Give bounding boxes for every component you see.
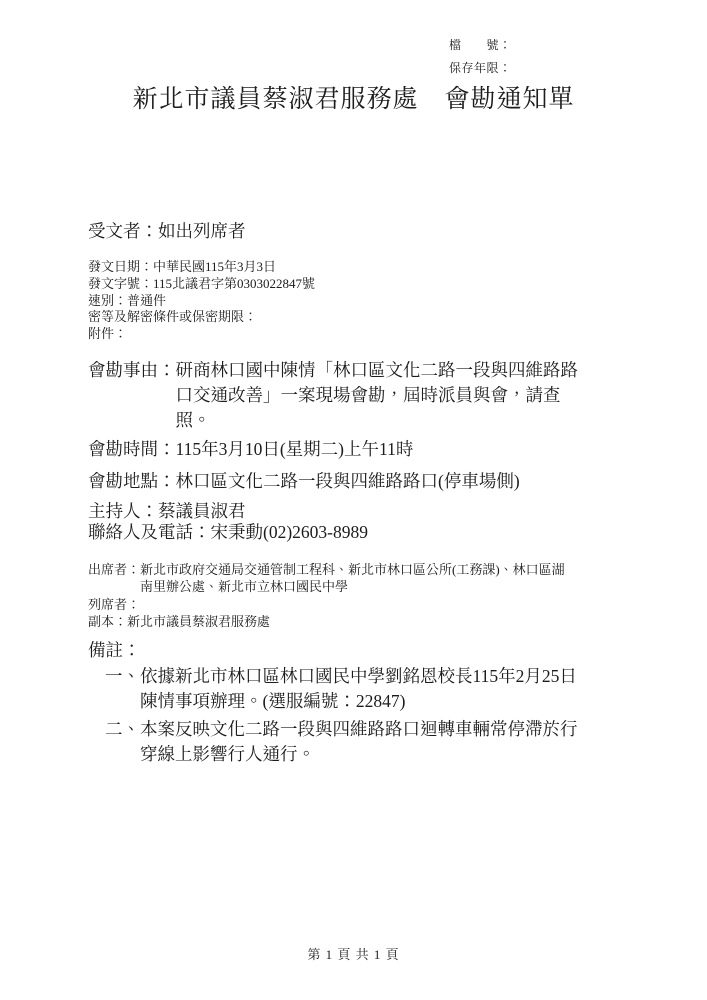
speed-value: 普通件 bbox=[127, 293, 166, 310]
contact-row: 聯絡人及電話： 宋秉動(02)2603-8989 bbox=[88, 522, 633, 543]
remark-item-2: 二、 本案反映文化二路一段與四維路路口迴轉車輛常停滯於行 穿線上影響行人通行。 bbox=[105, 717, 633, 767]
inspection-subject-text: 研商林口國中陳情「林口區文化二路一段與四維路路 口交通改善」一案現場會勘，屆時派… bbox=[176, 358, 579, 433]
contact-label: 聯絡人及電話： bbox=[88, 522, 211, 543]
remark-2-line-2: 穿線上影響行人通行。 bbox=[140, 742, 578, 767]
attachment-label: 附件： bbox=[88, 326, 127, 343]
observers-label: 列席者： bbox=[88, 596, 140, 614]
host-row: 主持人： 蔡議員淑君 bbox=[88, 501, 633, 522]
remark-item-1: 一、 依據新北市林口區林口國民中學劉銘恩校長115年2月25日 陳情事項辦理。(… bbox=[105, 664, 633, 714]
issue-date-label: 發文日期： bbox=[88, 259, 153, 276]
attendees-line-2: 南里辦公處、新北市立林口國民中學 bbox=[140, 578, 565, 596]
attendees-text: 新北市政府交通局交通管制工程科、新北市林口區公所(工務課)、林口區湖 南里辦公處… bbox=[140, 561, 565, 596]
subject-line-3: 照。 bbox=[176, 408, 579, 433]
inspection-location-label: 會勘地點： bbox=[88, 469, 176, 494]
copy-to-value: 新北市議員蔡淑君服務處 bbox=[127, 613, 270, 631]
doc-number-label: 發文字號： bbox=[88, 276, 153, 293]
remark-2-text: 本案反映文化二路一段與四維路路口迴轉車輛常停滯於行 穿線上影響行人通行。 bbox=[140, 717, 578, 767]
remark-1-line-2: 陳情事項辦理。(選服編號：22847) bbox=[140, 689, 577, 714]
speed-row: 速別： 普通件 bbox=[88, 293, 633, 310]
security-row: 密等及解密條件或保密期限： bbox=[88, 309, 633, 326]
inspection-time-row: 會勘時間： 115年3月10日(星期二)上午11時 bbox=[88, 437, 633, 462]
inspection-location-value: 林口區文化二路一段與四維路路口(停車場側) bbox=[176, 469, 520, 494]
doc-number-value: 115北議君字第0303022847號 bbox=[153, 276, 315, 293]
remark-1-number: 一、 bbox=[105, 664, 140, 714]
contact-value: 宋秉動(02)2603-8989 bbox=[211, 522, 368, 543]
doc-number-row: 發文字號： 115北議君字第0303022847號 bbox=[88, 276, 633, 293]
recipient-label: 受文者： bbox=[88, 220, 158, 243]
inspection-subject-row: 會勘事由： 研商林口國中陳情「林口區文化二路一段與四維路路 口交通改善」一案現場… bbox=[88, 358, 633, 433]
copy-to-row: 副本： 新北市議員蔡淑君服務處 bbox=[88, 613, 633, 631]
recipient-row: 受文者： 如出列席者 bbox=[88, 220, 633, 243]
page-number: 第 1 頁 共 1 頁 bbox=[0, 944, 707, 963]
attendees-label: 出席者： bbox=[88, 561, 140, 596]
inspection-time-value: 115年3月10日(星期二)上午11時 bbox=[176, 437, 414, 462]
attendees-row: 出席者： 新北市政府交通局交通管制工程科、新北市林口區公所(工務課)、林口區湖 … bbox=[88, 561, 633, 596]
document-meta-block: 發文日期： 中華民國115年3月3日 發文字號： 115北議君字第0303022… bbox=[88, 259, 633, 343]
document-title: 新北市議員蔡淑君服務處 會勘通知單 bbox=[0, 79, 707, 115]
notice-document-page: 檔 號： 保存年限： 新北市議員蔡淑君服務處 會勘通知單 受文者： 如出列席者 … bbox=[0, 0, 707, 1000]
document-body: 受文者： 如出列席者 發文日期： 中華民國115年3月3日 發文字號： 115北… bbox=[88, 220, 633, 767]
remark-2-line-1: 本案反映文化二路一段與四維路路口迴轉車輛常停滯於行 bbox=[140, 717, 578, 742]
archival-labels: 檔 號： 保存年限： bbox=[449, 34, 512, 80]
host-value: 蔡議員淑君 bbox=[158, 501, 246, 522]
remark-1-text: 依據新北市林口區林口國民中學劉銘恩校長115年2月25日 陳情事項辦理。(選服編… bbox=[140, 664, 577, 714]
inspection-time-label: 會勘時間： bbox=[88, 437, 176, 462]
host-label: 主持人： bbox=[88, 501, 158, 522]
observers-row: 列席者： bbox=[88, 596, 633, 614]
subject-line-1: 研商林口國中陳情「林口區文化二路一段與四維路路 bbox=[176, 358, 579, 383]
inspection-location-row: 會勘地點： 林口區文化二路一段與四維路路口(停車場側) bbox=[88, 469, 633, 494]
attendees-line-1: 新北市政府交通局交通管制工程科、新北市林口區公所(工務課)、林口區湖 bbox=[140, 561, 565, 579]
file-number-label: 檔 號： bbox=[449, 34, 512, 57]
copy-to-label: 副本： bbox=[88, 613, 127, 631]
issue-date-value: 中華民國115年3月3日 bbox=[153, 259, 276, 276]
subject-line-2: 口交通改善」一案現場會勘，屆時派員與會，請查 bbox=[176, 383, 579, 408]
participants-block: 出席者： 新北市政府交通局交通管制工程科、新北市林口區公所(工務課)、林口區湖 … bbox=[88, 561, 633, 631]
remarks-label: 備註： bbox=[88, 639, 633, 661]
speed-label: 速別： bbox=[88, 293, 127, 310]
remark-1-line-1: 依據新北市林口區林口國民中學劉銘恩校長115年2月25日 bbox=[140, 664, 577, 689]
issue-date-row: 發文日期： 中華民國115年3月3日 bbox=[88, 259, 633, 276]
retention-period-label: 保存年限： bbox=[449, 57, 512, 80]
recipient-value: 如出列席者 bbox=[158, 220, 246, 243]
remark-2-number: 二、 bbox=[105, 717, 140, 767]
inspection-subject-label: 會勘事由： bbox=[88, 358, 176, 433]
attachment-row: 附件： bbox=[88, 326, 633, 343]
security-label: 密等及解密條件或保密期限： bbox=[88, 309, 257, 326]
